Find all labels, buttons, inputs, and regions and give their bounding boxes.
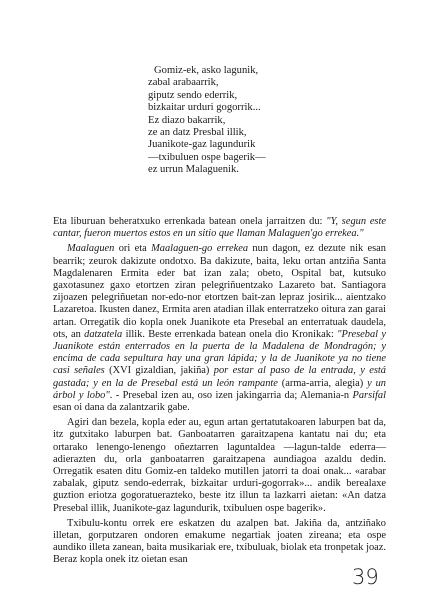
paragraph-malaguen: Maalaguen ori eta Maalaguen-go errekea n… bbox=[53, 243, 386, 414]
poem-line: Ez diazo bakarrik, bbox=[148, 115, 266, 127]
poem-line: bizkaitar urduri gogorrik... bbox=[148, 102, 266, 114]
text-segment: illik. Beste errenkada batean onela dio … bbox=[122, 329, 337, 340]
text-segment: . - Presebal izen au, oso izen jakingarr… bbox=[110, 390, 353, 401]
text-segment: Maalaguen bbox=[67, 243, 114, 254]
text-segment: ori eta bbox=[114, 243, 151, 254]
paragraph-agiri: Agiri dan bezela, kopla eder au, egun ar… bbox=[53, 417, 386, 515]
text-segment: Parsifal bbox=[353, 390, 387, 401]
page-number: 39 bbox=[352, 565, 379, 589]
poem-line: zabal arabaarrik, bbox=[148, 77, 266, 89]
poem-stanza: Gomiz-ek, asko lagunik, zabal arabaarrik… bbox=[148, 65, 266, 177]
text-segment: Agiri dan bezela, kopla eder au, egun ar… bbox=[53, 417, 386, 513]
poem-line: ez urrun Malaguenik. bbox=[148, 164, 266, 176]
text-segment: nun dagon, ez dezute nik esan bearrik; z… bbox=[53, 243, 386, 339]
poem-line: Juanikote-gaz lagundurik bbox=[148, 139, 266, 151]
body-text: Eta liburuan beheratxuko errenkada batea… bbox=[53, 216, 386, 567]
poem-line: giputz sendo ederrik, bbox=[148, 90, 266, 102]
poem-line: —txibuluen ospe bagerik— bbox=[148, 152, 266, 164]
text-segment: Txibulu-kontu orrek ere eskatzen du azal… bbox=[53, 518, 386, 566]
text-segment: datzatela bbox=[84, 329, 122, 340]
text-segment: (XVI gizaldian, jakiña) bbox=[105, 365, 214, 376]
paragraph-txibulu: Txibulu-kontu orrek ere eskatzen du azal… bbox=[53, 518, 386, 567]
text-segment: esan oi dana da zalantzarik gabe. bbox=[53, 402, 190, 413]
text-segment: Maalaguen-go errekea bbox=[151, 243, 248, 254]
paragraph-intro: Eta liburuan beheratxuko errenkada batea… bbox=[53, 216, 386, 240]
text-segment: (arma-arria, alegia) bbox=[278, 378, 367, 389]
poem-line: ze an datz Presbal illik, bbox=[148, 127, 266, 139]
poem-line: Gomiz-ek, asko lagunik, bbox=[148, 65, 266, 77]
text-segment: Eta liburuan beheratxuko errenkada batea… bbox=[53, 216, 326, 227]
